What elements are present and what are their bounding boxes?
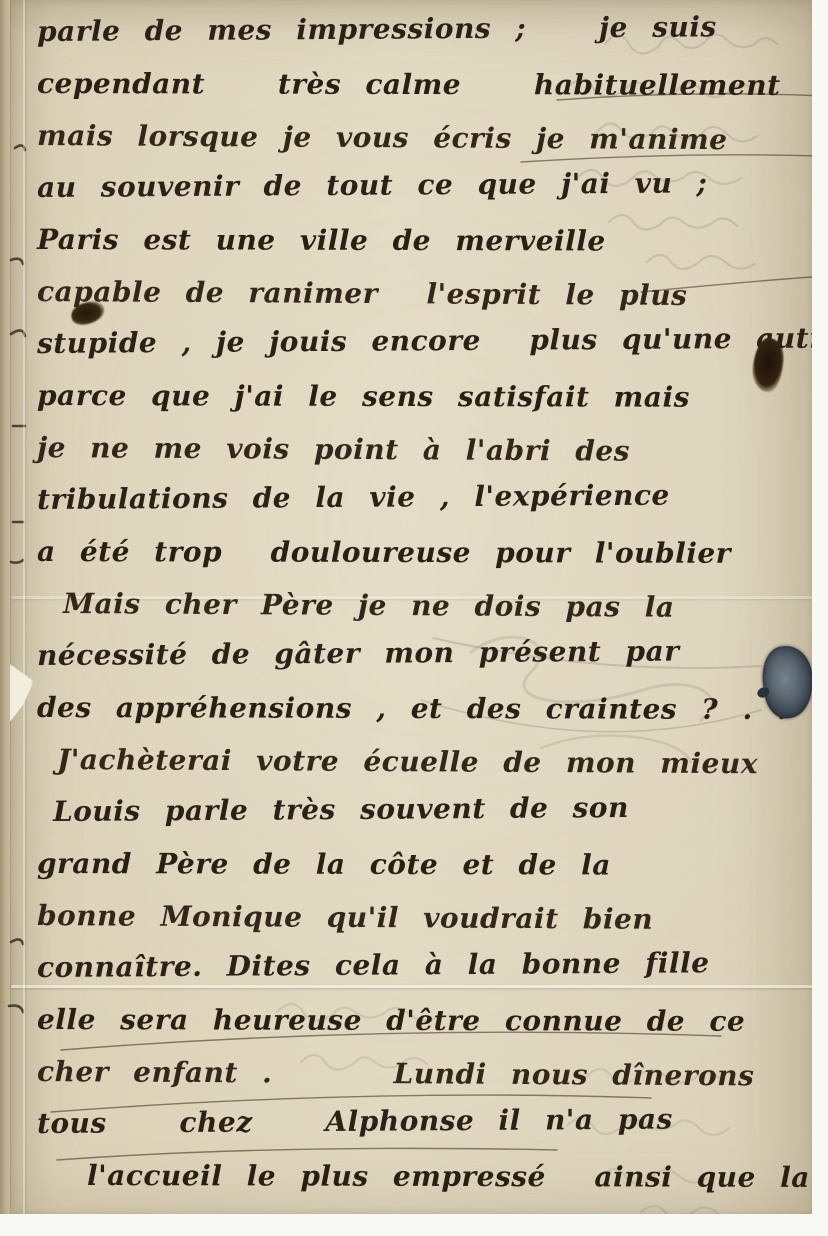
- scanner-bed-right: [812, 0, 828, 1236]
- scanner-bed-bottom: [0, 1214, 828, 1236]
- letter-body: parle de mes impressions ; je suis cepen…: [11, 0, 813, 1214]
- handwriting-line: grand Père de la côte et de la: [37, 838, 803, 892]
- handwriting-line: cependant très calme habituellement: [37, 58, 803, 112]
- handwriting-line: nécessité de gâter mon présent par: [37, 625, 803, 682]
- handwriting-line: l'accueil le plus empressé ainsi que la: [87, 1150, 803, 1204]
- handwriting-line: des appréhensions , et des craintes ? . …: [37, 682, 803, 736]
- handwriting-line: elle sera heureuse d'être connue de ce: [37, 994, 803, 1048]
- scanned-letter-page: parle de mes impressions ; je suis cepen…: [0, 0, 828, 1236]
- handwriting-line: stupide , je jouis encore plus qu'une au…: [37, 313, 803, 370]
- handwriting-line: parce que j'ai le sens satisfait mais: [37, 370, 803, 424]
- handwriting-line: parle de mes impressions ; je suis: [37, 1, 803, 58]
- handwriting-line: au souvenir de tout ce que j'ai vu ;: [37, 157, 803, 214]
- handwriting-line: tous chez Alphonse il n'a pas: [37, 1093, 803, 1150]
- handwriting-line: connaître. Dites cela à la bonne fille: [37, 937, 803, 994]
- handwriting-line: a été trop douloureuse pour l'oublier: [37, 526, 803, 580]
- handwriting-line: Louis parle très souvent de son: [53, 781, 803, 838]
- handwriting-line: Paris est une ville de merveille: [37, 214, 803, 268]
- handwriting-line: tribulations de la vie , l'expérience: [37, 469, 803, 526]
- letter-paper: parle de mes impressions ; je suis cepen…: [10, 0, 813, 1214]
